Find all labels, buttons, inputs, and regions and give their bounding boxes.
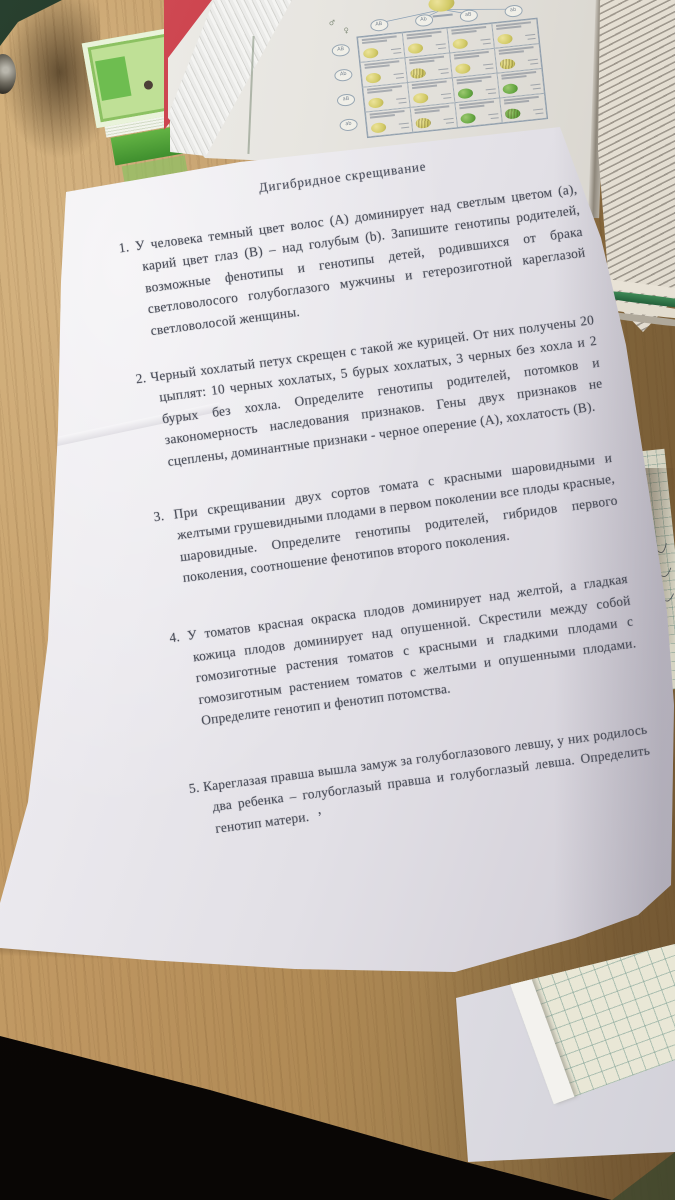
problem-text: При скрещивании двух сортов томата с кра… — [173, 449, 619, 585]
problem-text: Черный хохлатый петух скрещен с такой же… — [149, 312, 603, 469]
gamete-circle: AB — [331, 43, 350, 57]
gamete-circle: AB — [369, 18, 388, 32]
pea-icon — [455, 63, 471, 75]
punnett-cell-green-wrinkled — [500, 93, 547, 123]
pea-icon — [413, 92, 429, 104]
problem-number: 1. — [118, 239, 130, 255]
problem-4: 4. У томатов красная окраска плодов доми… — [168, 568, 640, 735]
problem-text: У томатов красная окраска плодов доминир… — [186, 571, 636, 728]
notebook-cover-band — [510, 976, 574, 1104]
problem-number: 2. — [135, 370, 147, 386]
problem-3: 3. При скрещивании двух сортов томата с … — [152, 446, 621, 591]
gamete-circle: aB — [336, 93, 355, 107]
gamete-circle: Ab — [414, 14, 433, 28]
punnett-cell-green-smooth — [455, 98, 502, 128]
pea-icon — [502, 83, 518, 95]
punnett-grid — [356, 18, 548, 138]
pea-icon — [460, 113, 476, 125]
pea-icon — [500, 58, 516, 70]
pea-icon — [497, 33, 513, 45]
punnett-cell-yellow-smooth — [365, 107, 412, 137]
pea-icon — [365, 72, 381, 84]
problem-number: 5. — [188, 780, 200, 796]
gamete-circle: aB — [459, 9, 478, 23]
female-symbol: ♀ — [343, 26, 349, 34]
worksheet-text: Дигибридное скрещивание 1. У человека те… — [112, 136, 654, 842]
gamete-circle: ab — [504, 4, 523, 18]
pea-icon — [371, 122, 387, 134]
pea-icon — [415, 117, 431, 129]
pea-icon — [457, 88, 473, 100]
gamete-circle: Ab — [334, 68, 353, 82]
photo-scene: ABAbaBab ABAbaBab ♀ ♂ — [0, 0, 675, 1200]
pea-icon — [410, 68, 426, 80]
pea-icon — [363, 47, 379, 59]
pea-icon — [452, 38, 468, 50]
male-symbol: ♂ — [328, 19, 335, 28]
problem-number: 3. — [153, 508, 165, 524]
pea-icon — [368, 97, 384, 109]
gamete-circle: ab — [339, 118, 358, 132]
pea-icon — [505, 108, 521, 120]
pea-icon — [408, 43, 424, 55]
punnett-cell-yellow-wrinkled — [410, 103, 457, 133]
problem-number: 4. — [168, 629, 180, 645]
